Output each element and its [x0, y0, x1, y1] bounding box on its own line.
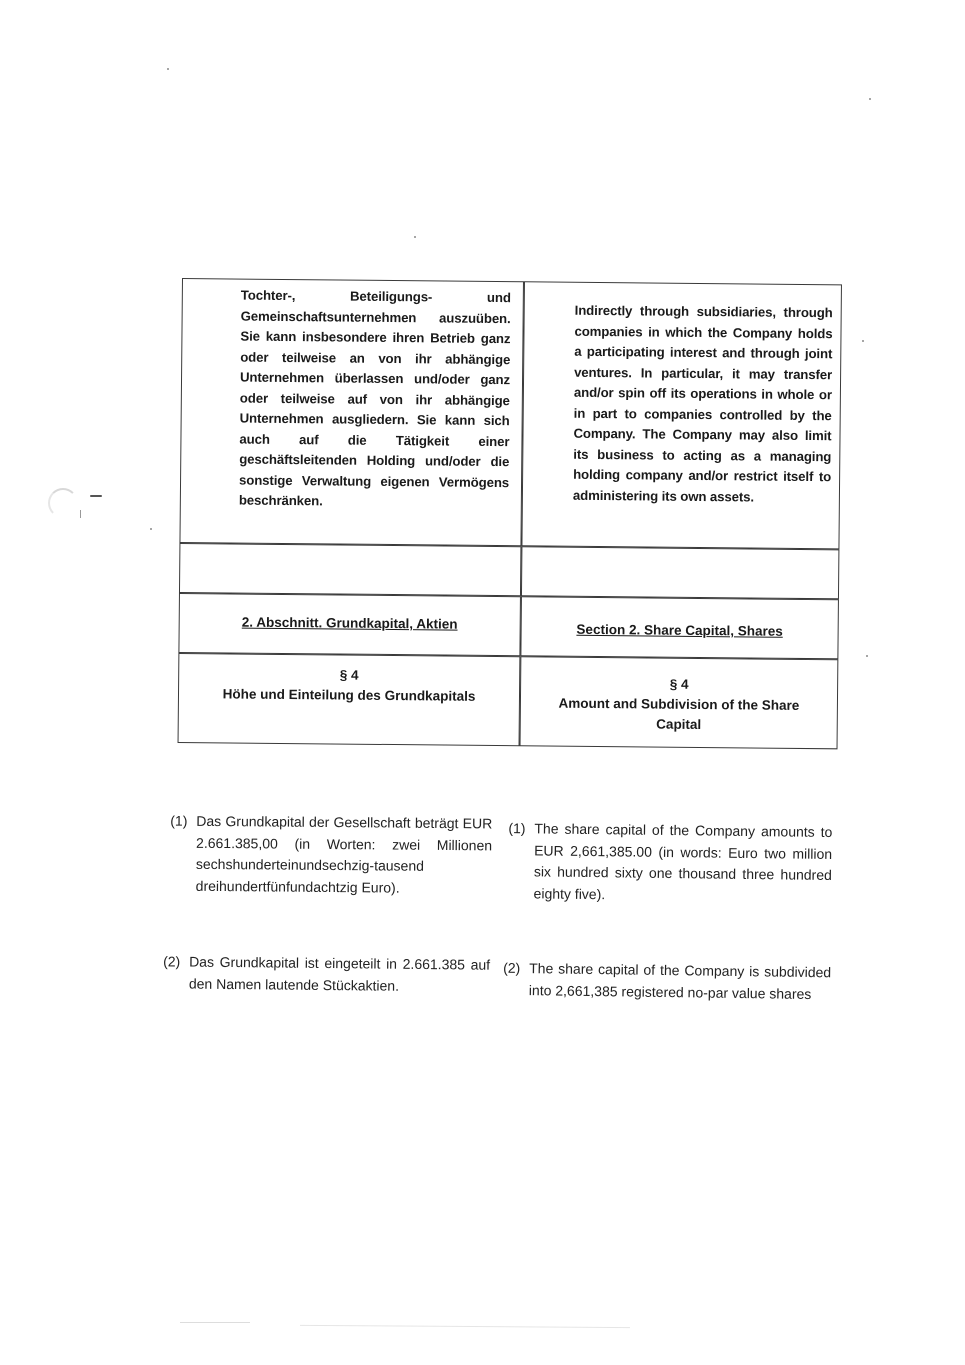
german-paragraph-title: Höhe und Einteilung des Grundkapitals	[179, 684, 519, 707]
scan-speck	[866, 655, 868, 657]
english-purpose-text: Indirectly through subsidiaries, through…	[573, 301, 833, 508]
bilingual-articles-table: Tochter-, Beteiligungs- und Gemeinschaft…	[178, 278, 842, 749]
clause-text: The share capital of the Company is subd…	[529, 958, 832, 1005]
table-cell-german-paragraph-heading: § 4 Höhe und Einteilung des Grundkapital…	[178, 653, 521, 746]
german-clause-2: (2) Das Grundkapital ist eingeteilt in 2…	[163, 951, 490, 997]
clause-text: The share capital of the Company amounts…	[533, 818, 832, 908]
clause-number: (1)	[170, 811, 187, 833]
table-cell-empty-right	[521, 546, 839, 599]
clause-number: (2)	[503, 958, 520, 980]
english-section-heading: Section 2. Share Capital, Shares	[522, 621, 838, 639]
table-cell-empty-left	[179, 543, 521, 596]
table-cell-english-purpose: Indirectly through subsidiaries, through…	[521, 281, 842, 549]
english-paragraph-heading: § 4 Amount and Subdivision of the Share …	[521, 673, 838, 736]
clause-text: Das Grundkapital ist eingeteilt in 2.661…	[189, 952, 490, 998]
scan-speck	[862, 340, 864, 342]
scan-artifact-line	[300, 1325, 630, 1328]
clause-text: Das Grundkapital der Gesellschaft beträg…	[196, 811, 493, 900]
clause-number: (2)	[163, 951, 180, 973]
scan-artifact-arc	[48, 488, 78, 518]
table-cell-german-purpose: Tochter-, Beteiligungs- und Gemeinschaft…	[179, 278, 524, 546]
scanned-document-page: Tochter-, Beteiligungs- und Gemeinschaft…	[0, 0, 965, 1365]
scan-artifact-dash	[90, 495, 102, 497]
scan-artifact-line	[180, 1322, 250, 1323]
english-paragraph-title: Amount and Subdivision of the Share Capi…	[521, 693, 837, 736]
german-paragraph-heading: § 4 Höhe und Einteilung des Grundkapital…	[179, 664, 519, 707]
scan-artifact-tick	[80, 510, 81, 518]
german-purpose-text: Tochter-, Beteiligungs- und Gemeinschaft…	[239, 286, 511, 514]
clause-number: (1)	[508, 818, 525, 840]
scan-speck	[869, 98, 871, 100]
scan-speck	[414, 236, 416, 238]
scan-speck	[167, 68, 169, 70]
table-cell-german-section-heading: 2. Abschnitt. Grundkapital, Aktien	[178, 593, 521, 656]
german-section-heading: 2. Abschnitt. Grundkapital, Aktien	[180, 614, 520, 632]
english-clause-2: (2) The share capital of the Company is …	[503, 958, 832, 1006]
german-clause-1: (1) Das Grundkapital der Gesellschaft be…	[170, 811, 493, 900]
scan-speck	[150, 528, 152, 530]
english-clause-1: (1) The share capital of the Company amo…	[507, 818, 832, 908]
table-cell-english-section-heading: Section 2. Share Capital, Shares	[520, 596, 839, 659]
table-cell-english-paragraph-heading: § 4 Amount and Subdivision of the Share …	[520, 656, 839, 749]
